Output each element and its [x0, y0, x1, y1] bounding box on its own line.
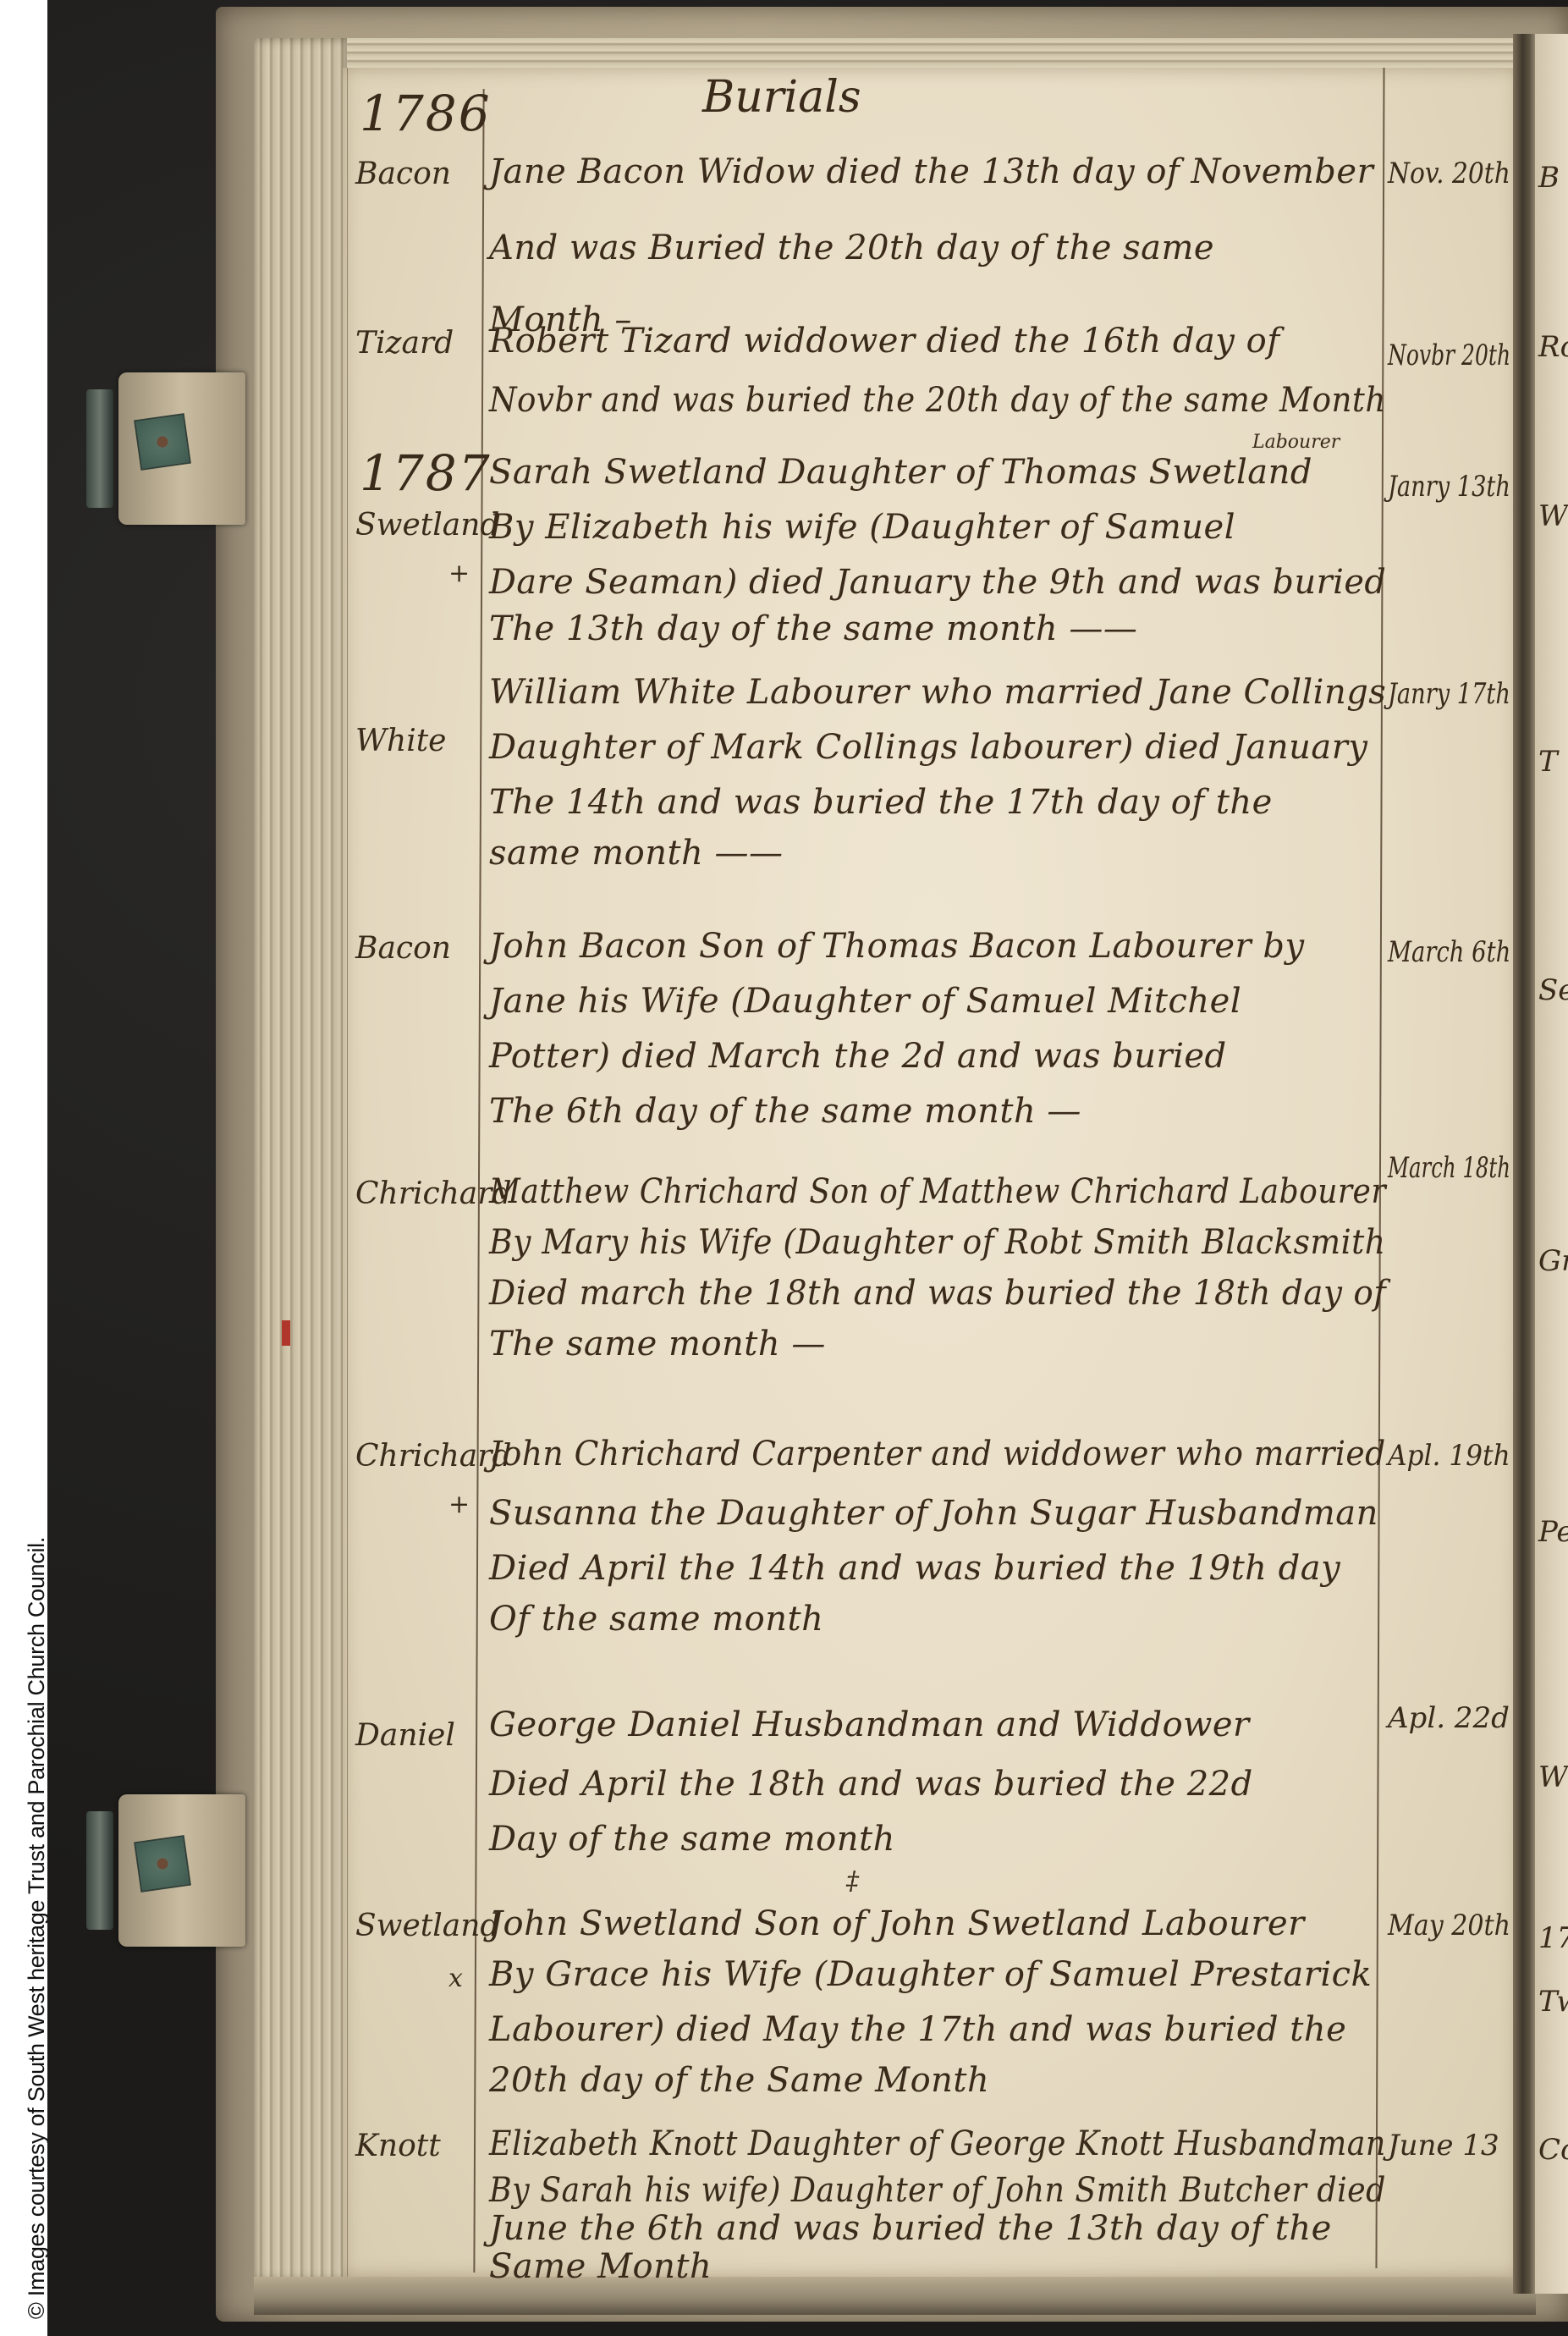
entry-text-line: The 13th day of the same month —— — [489, 609, 1137, 648]
facing-page-fragment: B — [1538, 161, 1560, 195]
entry-text-line: Died march the 18th and was buried the 1… — [489, 1274, 1386, 1313]
entry-surname: White — [355, 724, 446, 758]
burial-date: Novbr 20th — [1388, 339, 1510, 372]
entry-text-line: Of the same month — [489, 1600, 823, 1639]
copyright-strip: © Images courtesy of South West heritage… — [0, 0, 47, 2336]
burial-date: Janry 17th — [1388, 677, 1510, 711]
entry-surname: Daniel — [355, 1718, 455, 1753]
page-edges-left — [254, 38, 347, 2281]
entry-text-line: 20th day of the Same Month — [489, 2061, 989, 2100]
facing-page-fragment: Ro — [1538, 330, 1568, 364]
entry-text-line: Potter) died March the 2d and was buried — [489, 1037, 1227, 1076]
entry-mark: ‡ — [846, 1866, 859, 1896]
burial-date: June 13 — [1388, 2129, 1499, 2162]
red-page-marker — [282, 1320, 290, 1346]
entry-text-line: Jane his Wife (Daughter of Samuel Mitche… — [489, 982, 1241, 1021]
entry-text-line: Dare Seaman) died January the 9th and wa… — [489, 563, 1386, 602]
copyright-notice: © Images courtesy of South West heritage… — [24, 1537, 50, 2319]
entry-surname: Chrichard — [355, 1176, 512, 1211]
burial-date: March 6th — [1388, 935, 1510, 969]
entry-surname: Bacon — [355, 157, 451, 191]
clasp-hinge-icon — [86, 389, 113, 508]
burial-date: May 20th — [1388, 1909, 1510, 1942]
margin-mark: + — [448, 559, 470, 588]
entry-text-line: And was Buried the 20th day of the same — [489, 229, 1214, 267]
entry-text-line: Same Month — [489, 2247, 712, 2286]
clasp-hinge-icon — [86, 1811, 113, 1930]
book-clasp-top — [118, 372, 245, 525]
margin-mark: + — [448, 1490, 470, 1519]
entry-text-line: Day of the same month — [489, 1820, 895, 1859]
entry-surname: Chrichard — [355, 1439, 512, 1474]
entry-text-line: William White Labourer who married Jane … — [489, 673, 1386, 712]
entry-surname: Knott — [355, 2129, 441, 2163]
book-clasp-bottom — [118, 1794, 245, 1947]
page-margin-rule — [347, 68, 348, 2277]
entry-text-line: Robert Tizard widdower died the 16th day… — [489, 322, 1280, 361]
page-title: Burials — [702, 72, 861, 123]
facing-page-fragment: Wi — [1538, 1760, 1568, 1794]
entry-text-line: By Elizabeth his wife (Daughter of Samue… — [489, 508, 1235, 547]
facing-page-fragment: Se — [1538, 973, 1568, 1007]
entry-text-line: Novbr and was buried the 20th day of the… — [489, 381, 1386, 420]
entry-surname: Swetland — [355, 1909, 499, 1943]
entry-surname: Swetland — [355, 508, 499, 543]
burial-date: Apl. 22d — [1388, 1701, 1510, 1735]
book-gutter — [1513, 34, 1537, 2294]
page-edges-bottom — [254, 2277, 1536, 2315]
year-heading: 1786 — [360, 85, 492, 142]
entry-text-line: George Daniel Husbandman and Widdower — [489, 1705, 1250, 1744]
entry-text-line: Susanna the Daughter of John Sugar Husba… — [489, 1494, 1378, 1533]
clasp-plate-icon — [134, 1835, 191, 1892]
interlinear-note: Labourer — [1252, 432, 1340, 453]
entry-text-line: Elizabeth Knott Daughter of George Knott… — [489, 2124, 1386, 2163]
entry-text-line: Died April the 18th and was buried the 2… — [489, 1765, 1253, 1804]
entry-text-line: Sarah Swetland Daughter of Thomas Swetla… — [489, 453, 1312, 492]
margin-mark: x — [448, 1964, 463, 1993]
page-edges-top — [271, 38, 1515, 72]
entry-text-line: The 14th and was buried the 17th day of … — [489, 783, 1273, 822]
facing-page-fragment: Co — [1538, 2133, 1568, 2167]
entry-text-line: Labourer) died May the 17th and was buri… — [489, 2010, 1346, 2049]
entry-text-line: The 6th day of the same month — — [489, 1092, 1081, 1131]
entry-text-line: Matthew Chrichard Son of Matthew Chricha… — [489, 1172, 1386, 1211]
entry-text-line: By Grace his Wife (Daughter of Samuel Pr… — [489, 1955, 1372, 1994]
burial-date: Janry 13th — [1388, 470, 1510, 504]
burial-date: Nov. 20th — [1388, 157, 1510, 190]
entry-text-line: John Bacon Son of Thomas Bacon Labourer … — [489, 927, 1305, 966]
entry-text-line: John Swetland Son of John Swetland Labou… — [489, 1904, 1305, 1943]
burial-date: March 18th — [1388, 1151, 1510, 1185]
entry-text-line: Died April the 14th and was buried the 1… — [489, 1549, 1340, 1588]
facing-page-fragment: Per — [1538, 1515, 1568, 1549]
entry-text-line: By Mary his Wife (Daughter of Robt Smith… — [489, 1223, 1386, 1262]
entry-text-line: same month —— — [489, 834, 784, 873]
year-heading: 1787 — [360, 444, 492, 502]
clasp-plate-icon — [134, 413, 191, 471]
facing-page-fragment: Tw — [1538, 1985, 1568, 2019]
burial-date: Apl. 19th — [1388, 1439, 1510, 1473]
entry-text-line: Jane Bacon Widow died the 13th day of No… — [489, 152, 1373, 191]
facing-page-fragment: T — [1538, 745, 1558, 779]
entry-text-line: June the 6th and was buried the 13th day… — [489, 2209, 1332, 2248]
facing-page-fragment: Wh — [1538, 499, 1568, 533]
entry-surname: Bacon — [355, 931, 451, 966]
facing-page-fragment: Gr — [1538, 1244, 1568, 1278]
entry-text-line: Daughter of Mark Collings labourer) died… — [489, 728, 1367, 767]
entry-text-line: By Sarah his wife) Daughter of John Smit… — [489, 2171, 1386, 2210]
entry-text-line: The same month — — [489, 1325, 826, 1364]
facing-page-fragment: 178 — [1538, 1921, 1568, 1955]
entry-text-line: John Chrichard Carpenter and widdower wh… — [489, 1435, 1386, 1474]
entry-surname: Tizard — [355, 326, 454, 361]
